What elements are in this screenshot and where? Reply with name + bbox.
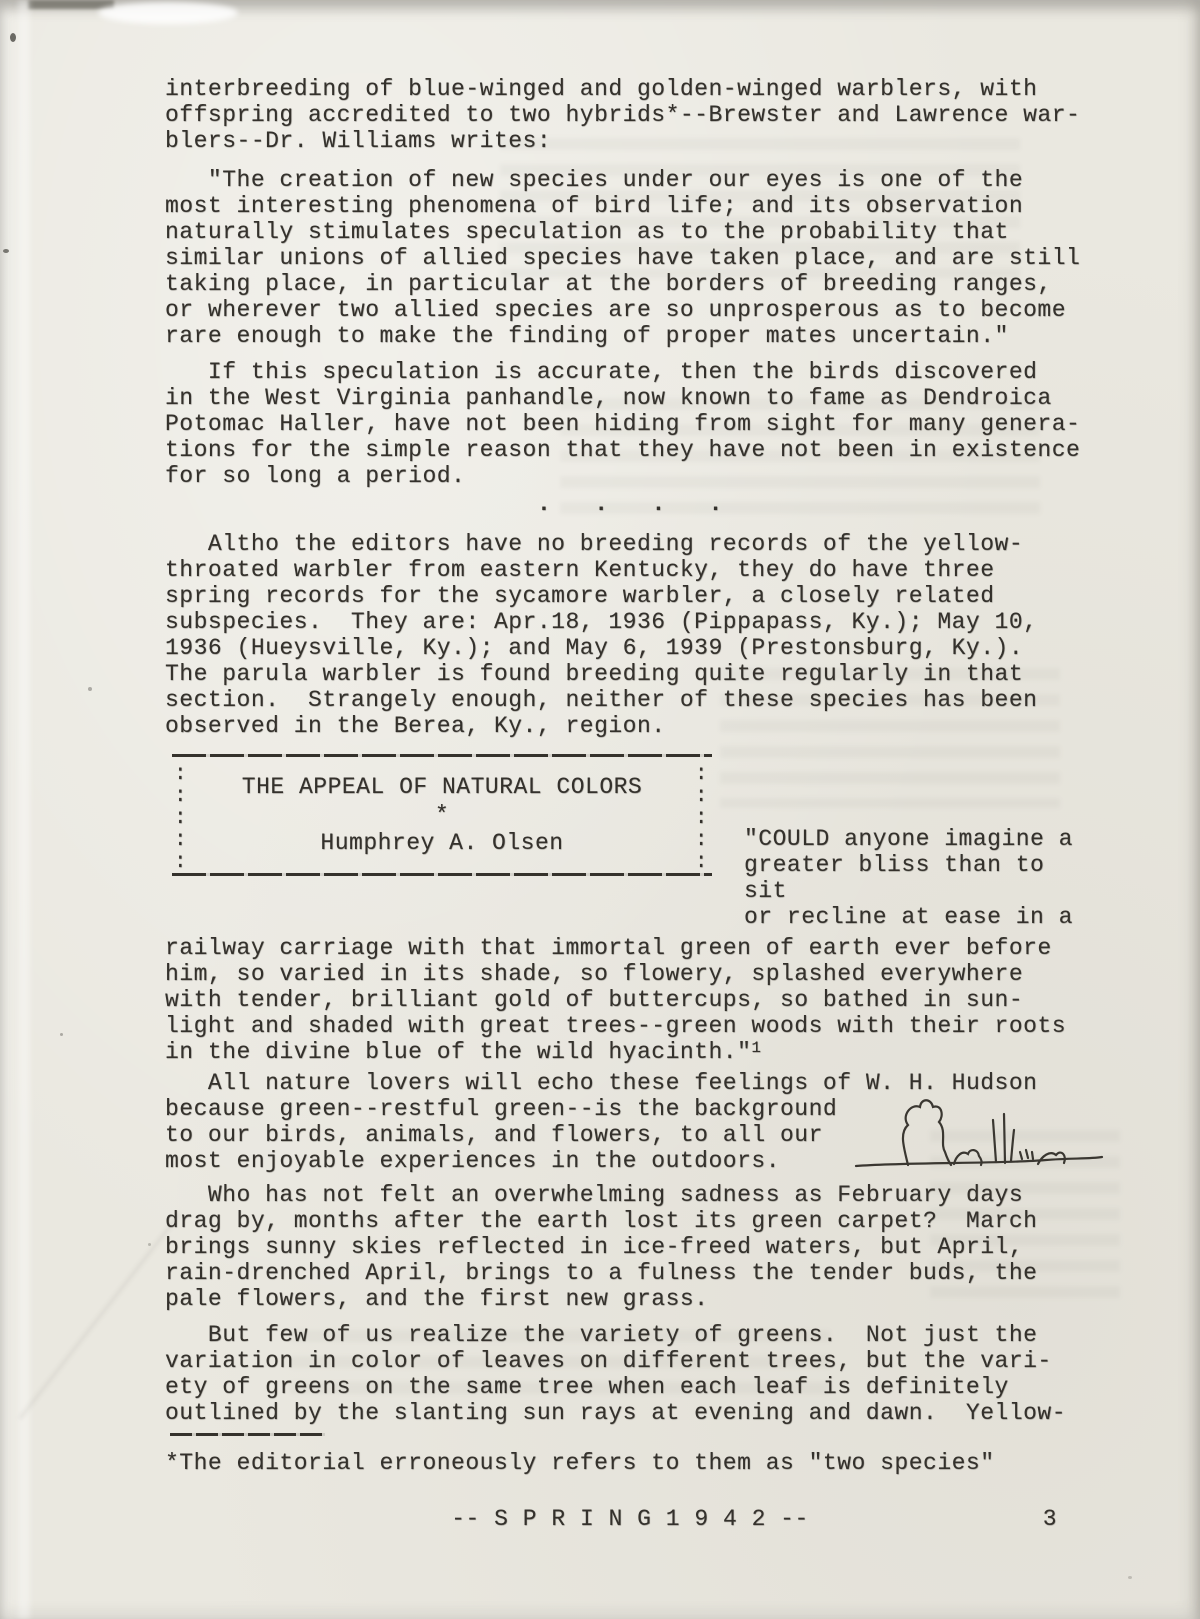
article-author: Humphrey A. Olsen [172,830,712,856]
scan-light-patch [98,2,238,24]
paper-crease [19,1213,181,1419]
title-ornament-asterisk: * [172,802,712,828]
page-number: 3 [1043,1506,1057,1532]
paragraph-breeding-records: Altho the editors have no breeding recor… [165,531,1095,739]
article-title-box: THE APPEAL OF NATURAL COLORS * Humphrey … [172,754,712,876]
section-separator-dots: . . . . [165,491,1095,517]
paragraph-williams-quote: "The creation of new species under our e… [165,167,1095,349]
ink-speck [1128,1576,1132,1579]
scan-smear [28,0,114,9]
box-border-colons-left [174,764,187,870]
ink-speck [10,33,16,42]
paragraph-variety-of-greens: But few of us realize the variety of gre… [165,1322,1095,1426]
article-title: THE APPEAL OF NATURAL COLORS [172,774,712,800]
ink-speck [148,1243,151,1246]
shrub-landscape-sketch-illustration [850,1086,1105,1172]
footnote-text: *The editorial erroneously refers to the… [165,1450,1095,1476]
ink-speck [88,687,92,691]
typewritten-text-block: interbreeding of blue-winged and golden-… [165,76,1095,1532]
hudson-quote-continuation: railway carriage with that immortal gree… [165,935,1095,1065]
article-heading-row: THE APPEAL OF NATURAL COLORS * Humphrey … [172,754,1095,930]
footer-season-line: -- S P R I N G 1 9 4 2 -- [451,1506,809,1532]
paper-crease [18,0,30,1619]
paragraph-february: Who has not felt an overwhelming sadness… [165,1182,1095,1312]
hudson-quote-start: "COULD anyone imagine a greater bliss th… [744,754,1095,930]
paragraph-speculation: If this speculation is accurate, then th… [165,359,1095,489]
page-footer: -- S P R I N G 1 9 4 2 -- 3 [165,1506,1095,1532]
ink-speck [60,1033,63,1036]
ink-speck [3,249,9,253]
paragraph-hudson-wrap: All nature lovers will echo these feelin… [165,1070,1095,1174]
scanned-newsletter-page: interbreeding of blue-winged and golden-… [0,0,1200,1619]
box-border-colons-right [695,764,708,870]
hudson-quote-text: railway carriage with that immortal gree… [165,935,1066,1065]
footnote-ref-1: 1 [751,1039,761,1057]
paragraph-warbler-intro: interbreeding of blue-winged and golden-… [165,76,1095,154]
footnote-divider [170,1433,325,1436]
